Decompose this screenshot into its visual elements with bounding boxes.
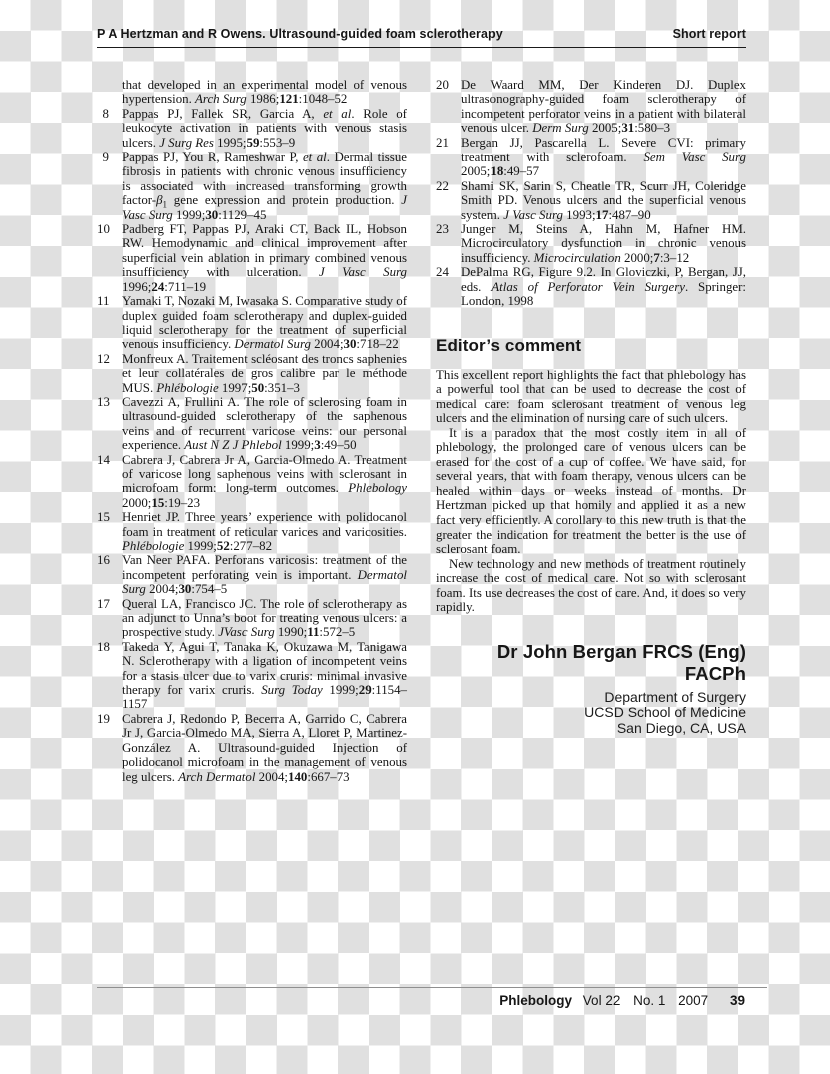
reference-number: 11: [97, 294, 109, 352]
reference-item: 18Takeda Y, Agui T, Tanaka K, Okuzawa M,…: [97, 640, 407, 712]
reference-number: 18: [97, 640, 109, 712]
reference-text: Monfreux A. Traitement scléosant des tro…: [122, 352, 407, 395]
editors-comment-paragraph: New technology and new methods of treatm…: [436, 557, 746, 615]
reference-item: 11Yamaki T, Nozaki M, Iwasaka S. Compara…: [97, 294, 407, 352]
reference-number: 14: [97, 453, 109, 511]
running-header-title: P A Hertzman and R Owens. Ultrasound-gui…: [97, 27, 503, 41]
reference-item: 13Cavezzi A, Frullini A. The role of scl…: [97, 395, 407, 453]
reference-text: Padberg FT, Pappas PJ, Araki CT, Back IL…: [122, 222, 407, 294]
reference-number: 13: [97, 395, 109, 453]
reference-text: Cabrera J, Cabrera Jr A, Garcia-Olmedo A…: [122, 453, 407, 511]
signature-name: Dr John Bergan FRCS (Eng) FACPh: [436, 641, 746, 685]
journal-page: P A Hertzman and R Owens. Ultrasound-gui…: [97, 27, 746, 784]
signature-affiliation-school: UCSD School of Medicine: [436, 705, 746, 721]
reference-item: 16Van Neer PAFA. Perforans varicosis: tr…: [97, 553, 407, 596]
reference-number: 8: [97, 107, 109, 150]
reference-text: Bergan JJ, Pascarella L. Severe CVI: pri…: [461, 136, 746, 179]
footer-volume: Vol 22: [583, 993, 621, 1008]
editors-comment-body: This excellent report highlights the fac…: [436, 368, 746, 615]
editors-comment-paragraph: It is a paradox that the most costly ite…: [436, 426, 746, 557]
reference-text: DePalma RG, Figure 9.2. In Gloviczki, P,…: [461, 265, 746, 308]
reference-text: Van Neer PAFA. Perforans varicosis: trea…: [122, 553, 407, 596]
reference-text: Takeda Y, Agui T, Tanaka K, Okuzawa M, T…: [122, 640, 407, 712]
reference-item: 8Pappas PJ, Fallek SR, Garcia A, et al. …: [97, 107, 407, 150]
reference-number: 15: [97, 510, 109, 553]
reference-text: De Waard MM, Der Kinderen DJ. Duplex ult…: [461, 78, 746, 136]
reference-number: 21: [436, 136, 448, 179]
reference-number: 20: [436, 78, 448, 136]
reference-text: Junger M, Steins A, Hahn M, Hafner HM. M…: [461, 222, 746, 265]
signature-affiliation-city: San Diego, CA, USA: [436, 721, 746, 737]
reference-item: 22Shami SK, Sarin S, Cheatle TR, Scurr J…: [436, 179, 746, 222]
reference-item: 10Padberg FT, Pappas PJ, Araki CT, Back …: [97, 222, 407, 294]
reference-text: Cabrera J, Redondo P, Becerra A, Garrido…: [122, 712, 407, 784]
footer-issue: No. 1: [633, 993, 665, 1008]
two-column-body: that developed in an experimental model …: [97, 78, 746, 784]
running-header-section: Short report: [673, 27, 746, 41]
reference-text: Cavezzi A, Frullini A. The role of scler…: [122, 395, 407, 453]
signature-affiliation-department: Department of Surgery: [436, 690, 746, 706]
reference-item: 20De Waard MM, Der Kinderen DJ. Duplex u…: [436, 78, 746, 136]
footer-year: 2007: [678, 993, 708, 1008]
reference-item: 15Henriet JP. Three years’ experience wi…: [97, 510, 407, 553]
reference-number: 16: [97, 553, 109, 596]
left-column: that developed in an experimental model …: [97, 78, 407, 784]
reference-text: Pappas PJ, Fallek SR, Garcia A, et al. R…: [122, 107, 407, 150]
signature-block: Dr John Bergan FRCS (Eng) FACPh Departme…: [436, 641, 746, 737]
footer-citation: Phlebology Vol 22 No. 1 2007 39: [97, 993, 745, 1008]
reference-number: 9: [97, 150, 109, 222]
reference-number: 17: [97, 597, 109, 640]
reference-number: 24: [436, 265, 448, 308]
reference-item: 23Junger M, Steins A, Hahn M, Hafner HM.…: [436, 222, 746, 265]
reference-item: that developed in an experimental model …: [97, 78, 407, 107]
editors-comment-title: Editor’s comment: [436, 336, 746, 356]
reference-number: 10: [97, 222, 109, 294]
reference-text: Yamaki T, Nozaki M, Iwasaka S. Comparati…: [122, 294, 407, 352]
reference-text: Shami SK, Sarin S, Cheatle TR, Scurr JH,…: [461, 179, 746, 222]
editors-comment-paragraph: This excellent report highlights the fac…: [436, 368, 746, 426]
reference-item: 24DePalma RG, Figure 9.2. In Gloviczki, …: [436, 265, 746, 308]
page-footer: Phlebology Vol 22 No. 1 2007 39: [97, 987, 767, 1008]
reference-number: 19: [97, 712, 109, 784]
reference-number: 23: [436, 222, 448, 265]
right-column: 20De Waard MM, Der Kinderen DJ. Duplex u…: [436, 78, 746, 784]
document-canvas: { "header": { "left": "P A Hertzman and …: [0, 0, 830, 1074]
reference-text: that developed in an experimental model …: [122, 78, 407, 107]
reference-text: Henriet JP. Three years’ experience with…: [122, 510, 407, 553]
reference-text: Pappas PJ, You R, Rameshwar P, et al. De…: [122, 150, 407, 222]
reference-item: 19Cabrera J, Redondo P, Becerra A, Garri…: [97, 712, 407, 784]
reference-item: 9Pappas PJ, You R, Rameshwar P, et al. D…: [97, 150, 407, 222]
reference-item: 21Bergan JJ, Pascarella L. Severe CVI: p…: [436, 136, 746, 179]
footer-journal-name: Phlebology: [499, 993, 572, 1008]
reference-list-left: that developed in an experimental model …: [97, 78, 407, 784]
reference-item: 17Queral LA, Francisco JC. The role of s…: [97, 597, 407, 640]
running-header: P A Hertzman and R Owens. Ultrasound-gui…: [97, 27, 746, 48]
reference-number: [97, 78, 109, 107]
reference-number: 22: [436, 179, 448, 222]
editors-comment-section: Editor’s comment This excellent report h…: [436, 336, 746, 615]
reference-number: 12: [97, 352, 109, 395]
reference-list-right: 20De Waard MM, Der Kinderen DJ. Duplex u…: [436, 78, 746, 309]
reference-text: Queral LA, Francisco JC. The role of scl…: [122, 597, 407, 640]
footer-page-number: 39: [730, 993, 745, 1008]
reference-item: 14Cabrera J, Cabrera Jr A, Garcia-Olmedo…: [97, 453, 407, 511]
reference-item: 12Monfreux A. Traitement scléosant des t…: [97, 352, 407, 395]
